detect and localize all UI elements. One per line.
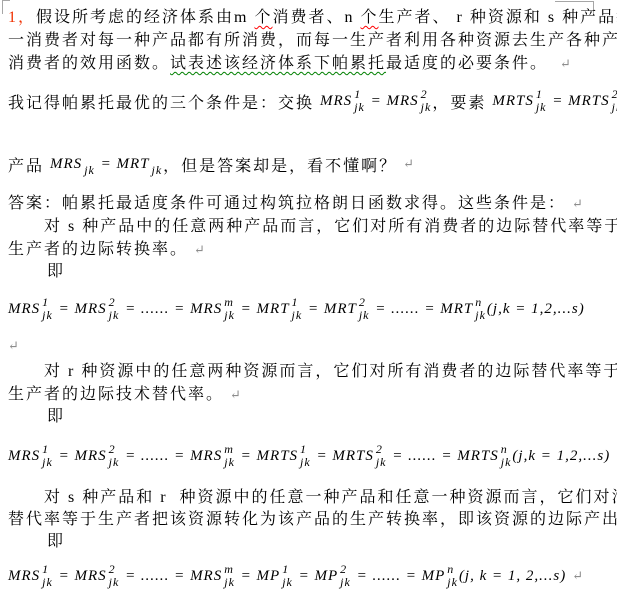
paragraph-mark: ↵ [566,568,583,584]
math-variable: MRTjk [116,151,163,177]
math-variable: MRSmjk [190,296,236,322]
question-line-3: 消费者的效用函数。试表述该经济体系下帕累托最适度的必要条件。 ↵ [8,55,571,72]
math-operator: = [236,301,257,318]
answer-condition-3-line-2: 替代率等于生产者把该资源转化为该产品的生产转换率，即该资源的边际产出。↵ [8,511,617,528]
formula-row-1: MRS1jk = MRS2jk = ...... = MRSmjk = MRT1… [8,287,585,331]
student-text: ，要素 [432,90,492,113]
math-operator: = [548,93,569,110]
grammar-green-phrase: 试表述该经济体系下帕累托 [170,55,386,72]
math-operator: = [303,301,324,318]
math-variable: MRS1jk [320,88,366,114]
math-variable: MRTnjk [440,296,487,322]
paragraph-mark: ↵ [188,242,205,257]
spellcheck-red-term: 个 [361,9,379,26]
math-variable: MRT1jk [257,296,304,322]
question-text: 消费者的效用函数。 [8,55,170,72]
math-operator: = ...... = [352,568,422,585]
math-operator: = ...... = [120,301,190,318]
math-variable: MRS1jk [8,563,54,589]
answer-namely-1: 即 [8,263,65,280]
formula-row-2: MRS1jk = MRS2jk = ...... = MRSmjk = MRTS… [8,434,610,478]
math-variable: MRS2jk [74,296,120,322]
answer-namely-3: 即 [8,533,65,550]
math-variable: MRS2jk [74,443,120,469]
answer-text: 替代率等于生产者把该资源转化为该产品的生产转换率，即该资源的边际产出。 [8,511,617,528]
answer-condition-3-line-1: 对 s 种产品和 r 种资源中的任意一种产品和任意一种资源而言，它们对消费者的边… [8,489,617,506]
formula-inline-product: MRSjk = MRTjk [50,151,163,177]
formula-inline-exchange: MRS1jk = MRS2jk [320,88,432,114]
student-text: 我记得帕累托最优的三个条件是：交换 [8,90,320,113]
math-operator: (j,k = 1,2,...s) [487,301,585,318]
math-operator: = [54,448,75,465]
math-operator: = [54,301,75,318]
math-operator: = [236,568,257,585]
question-text: 生产者、 r 种资源和 s 种产品组成。并设每 [379,9,617,26]
formula-row-3: MRS1jk = MRS2jk = ...... = MRSmjk = MP1j… [8,554,583,598]
paragraph-mark: ↵ [224,387,241,402]
math-variable: MRT2jk [324,296,371,322]
answer-condition-1-line-2: 生产者的边际转换率。↵ [8,241,205,258]
math-operator: = [236,448,257,465]
question-number: 1， [8,9,36,26]
spellcheck-red-term: 个 [254,9,272,26]
answer-text: 生产者的边际转换率。 [8,241,188,258]
paragraph-mark: ↵ [397,156,414,172]
math-variable: MRS2jk [74,563,120,589]
answer-namely-2: 即 [8,408,65,425]
math-variable: MRTS2jk [332,443,387,469]
student-remark-line-1: 我记得帕累托最优的三个条件是：交换 MRS1jk = MRS2jk ，要素 MR… [8,80,617,122]
math-operator: (j, k = 1, 2,...s) [459,568,566,585]
math-variable: MRSmjk [190,443,236,469]
math-variable: MP2jk [315,563,352,589]
question-text: 假设所考虑的经济体系由m [36,9,254,26]
math-variable: MRTS1jk [492,88,547,114]
answer-intro: 答案：帕累托最适度条件可通过构筑拉格朗日函数求得。这些条件是：↵ [8,195,583,212]
math-variable: MRTS2jk [568,88,617,114]
math-operator: (j,k = 1,2,...s) [512,448,610,465]
math-operator: = [366,93,387,110]
empty-paragraph-mark: ↵ [8,338,19,354]
answer-text: 生产者的边际技术替代率。 [8,386,224,403]
math-variable: MRTS1jk [257,443,312,469]
math-operator: = ...... = [120,448,190,465]
student-text: ，但是答案却是，看不懂啊？ [163,153,397,176]
math-variable: MRS2jk [386,88,432,114]
math-variable: MRSjk [50,151,96,177]
math-variable: MRSmjk [190,563,236,589]
math-variable: MRS1jk [8,443,54,469]
question-line-1: 1，假设所考虑的经济体系由m 个消费者、n 个生产者、 r 种资源和 s 种产品… [8,9,617,26]
math-operator: = [312,448,333,465]
formula-row-3-body: MRS1jk = MRS2jk = ...... = MRSmjk = MP1j… [8,563,566,589]
formula-inline-factor: MRTS1jk = MRTS2jk [492,88,617,114]
math-variable: MPnjk [422,563,459,589]
word-document-page: 1，假设所考虑的经济体系由m 个消费者、n 个生产者、 r 种资源和 s 种产品… [0,0,617,606]
math-operator: = [54,568,75,585]
math-operator: = ...... = [388,448,458,465]
student-remark-line-2: 产品 MRSjk = MRTjk ，但是答案却是，看不懂啊？ ↵ [8,145,414,183]
student-text: 产品 [8,153,50,176]
question-text: 最适度的必要条件。 [386,55,554,72]
math-variable: MRTSnjk [457,443,512,469]
question-text: 消费者、n [272,9,360,26]
math-operator: = ...... = [371,301,441,318]
question-line-2: 一消费者对每一种产品都有所消费，而每一生产者利用各种资源去生产各种产品。资源进入 [8,32,617,49]
math-variable: MP1jk [257,563,294,589]
math-operator: = ...... = [120,568,190,585]
math-variable: MRS1jk [8,296,54,322]
answer-text: 答案：帕累托最适度条件可通过构筑拉格朗日函数求得。这些条件是： [8,195,566,212]
paragraph-mark: ↵ [566,196,583,211]
answer-condition-2-line-1: 对 r 种资源中的任意两种资源而言，它们对所有消费者的边际替代率等于它们对所有 [8,363,617,380]
math-operator: = [294,568,315,585]
paragraph-mark: ↵ [554,56,571,71]
answer-condition-2-line-2: 生产者的边际技术替代率。↵ [8,386,241,403]
math-operator: = [96,156,117,173]
answer-condition-1-line-1: 对 s 种产品中的任意两种产品而言，它们对所有消费者的边际替代率等于它们对所有 [8,218,617,235]
